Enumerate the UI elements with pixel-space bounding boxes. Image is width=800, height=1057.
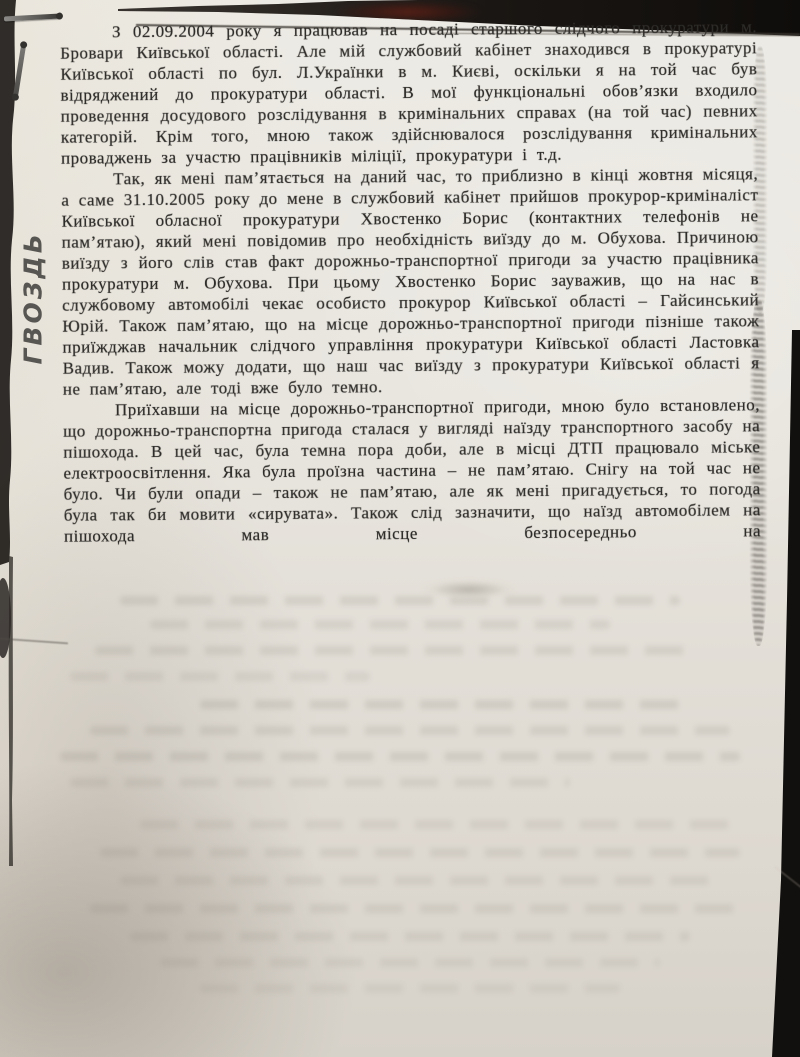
bleed-line [130,932,690,941]
bleed-line [70,672,370,681]
bleed-line [100,848,740,857]
paragraph-2: Так, як мені пам’ятається на даний час, … [61,163,760,399]
bleed-line [120,596,680,605]
paragraph-3: Приїхавши на місце дорожньо-транспортної… [63,394,761,546]
paper-sheet: ГВОЗДЬ З 02.09.2004 року я працював на п… [0,0,800,1057]
bleed-line [90,904,740,913]
document-text: З 02.09.2004 року я працював на посаді с… [60,16,761,546]
bleed-line [70,778,570,787]
document-photo: ГВОЗДЬ З 02.09.2004 року я працював на п… [0,0,800,1057]
bleed-line [200,984,620,993]
bleed-line [95,646,695,655]
bleed-line [150,620,610,629]
bleed-line [140,820,740,829]
smudged-word-overlay [420,579,518,600]
paragraph-1: З 02.09.2004 року я працював на посаді с… [60,16,758,168]
bleed-line [90,726,730,735]
bleed-line [160,958,660,967]
bleed-line [60,752,740,761]
bleed-line [200,700,680,709]
bleed-line [120,876,720,885]
